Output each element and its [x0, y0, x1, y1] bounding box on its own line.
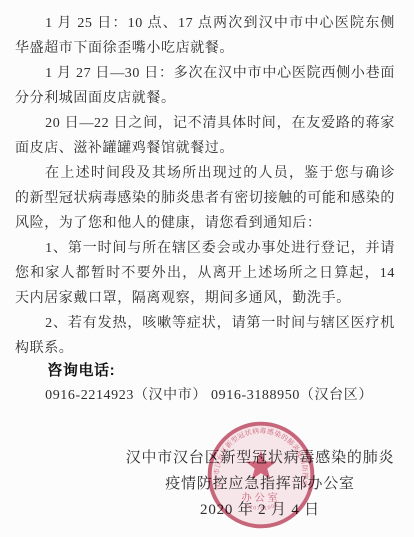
notice-body: 1 月 25 日：10 点、17 点两次到汉中市中心医院东侧华盛超市下面徐歪嘴小…: [15, 11, 395, 408]
paragraph-instruction-1: 1、第一时间与所在辖区委会或办事处进行登记，并请您和家人都暂时不要外出，从离开上…: [15, 236, 395, 311]
seal-office-text: 办公室: [241, 491, 280, 504]
notice-document: 1 月 25 日：10 点、17 点两次到汉中市中心医院东侧华盛超市下面徐歪嘴小…: [0, 0, 414, 537]
paragraph-jan25: 1 月 25 日：10 点、17 点两次到汉中市中心医院东侧华盛超市下面徐歪嘴小…: [15, 11, 395, 61]
paragraph-jan27-30: 1 月 27 日—30 日：多次在汉中市中心医院西侧小巷面分分利城固面皮店就餐。: [15, 61, 395, 111]
paragraph-instruction-2: 2、若有发热，咳嗽等症状，请第一时间与辖区医疗机构联系。: [15, 311, 395, 361]
hotline-label: 咨询电话:: [15, 358, 395, 383]
paragraph-risk-notice: 在上述时间段及其场所出现过的人员，鉴于您与确诊的新型冠状病毒感染的肺炎患者有密切…: [15, 161, 395, 236]
official-seal-stamp: 汉中市汉台区新型冠状病毒感染的肺炎疫情防控应急指挥部 办公室 610701004…: [205, 419, 317, 531]
hotline-numbers: 0916-2214923（汉中市） 0916-3188950（汉台区）: [15, 383, 395, 408]
paragraph-jan20-22: 20 日—22 日之间，记不清具体时间，在友爱路的蒋家面皮店、滋补罐罐鸡餐馆就餐…: [15, 111, 395, 161]
